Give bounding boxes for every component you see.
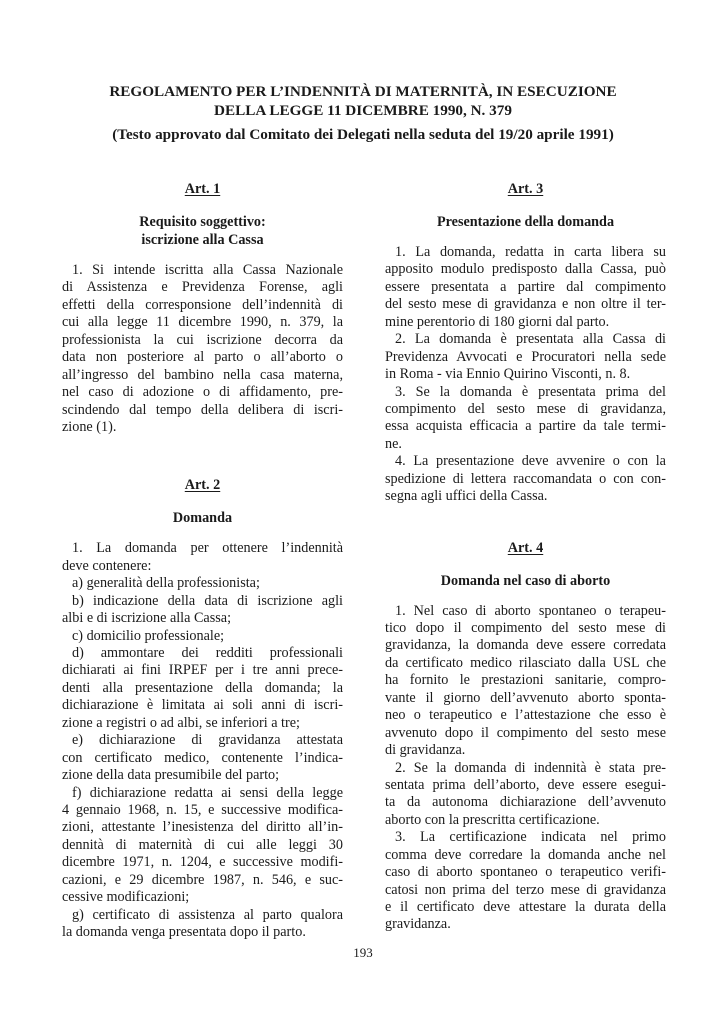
article-4: Art. 4 Domanda nel caso di aborto 1. Nel… bbox=[385, 539, 666, 934]
paragraph: a) generalità della professionista; bbox=[62, 575, 343, 592]
left-column: Art. 1 Requisito soggettivo: iscrizione … bbox=[62, 180, 343, 941]
article-2-number: Art. 2 bbox=[185, 477, 220, 493]
article-1-number: Art. 1 bbox=[185, 181, 220, 197]
text-line: dichiarati ai fini IRPEF per i tre anni … bbox=[62, 662, 343, 679]
text-line: 3. Se la domanda è presentata prima del bbox=[385, 384, 666, 401]
text-line: caso di aborto spontaneo o terapeutico v… bbox=[385, 864, 666, 881]
document-subtitle: (Testo approvato dal Comitato dei Delega… bbox=[60, 125, 666, 144]
paragraph: 2. Se la domanda di indennità è stata pr… bbox=[385, 760, 666, 830]
text-line: denti alla presentazione della domanda; … bbox=[62, 680, 343, 697]
text-line: cessive modificazioni; bbox=[62, 889, 343, 906]
article-3-title-line: Presentazione della domanda bbox=[385, 213, 666, 231]
text-line: 2. La domanda è presentata alla Cassa di bbox=[385, 331, 666, 348]
text-line: 1. Nel caso di aborto spontaneo o terape… bbox=[385, 603, 666, 620]
article-4-number: Art. 4 bbox=[508, 540, 543, 556]
article-3-body: 1. La domanda, redatta in carta libera s… bbox=[385, 244, 666, 506]
text-line: la domanda venga presentata dopo il part… bbox=[62, 924, 343, 941]
right-column: Art. 3 Presentazione della domanda 1. La… bbox=[385, 180, 666, 934]
text-line: 2. Se la domanda di indennità è stata pr… bbox=[385, 760, 666, 777]
text-line: f) dichiarazione redatta ai sensi della … bbox=[62, 785, 343, 802]
paragraph: 1. Nel caso di aborto spontaneo o terape… bbox=[385, 603, 666, 760]
article-1-title-line: iscrizione alla Cassa bbox=[62, 231, 343, 249]
paragraph: 2. La domanda è presentata alla Cassa di… bbox=[385, 331, 666, 383]
article-2: Art. 2 Domanda 1. La domanda per ottener… bbox=[62, 476, 343, 941]
paragraph: g) certificato di assistenza al parto qu… bbox=[62, 907, 343, 942]
text-line: 1. La domanda per ottenere l’indennità bbox=[62, 540, 343, 557]
paragraph: e) dichiarazione di gravidanza attestata… bbox=[62, 732, 343, 784]
text-line: professionista la cui iscrizione decorra… bbox=[62, 332, 343, 349]
paragraph: 1. La domanda, redatta in carta libera s… bbox=[385, 244, 666, 331]
text-line: all’ingresso del bambino nella casa mate… bbox=[62, 367, 343, 384]
article-1-body: 1. Si intende iscritta alla Cassa Nazion… bbox=[62, 262, 343, 436]
document-title-line-2: DELLA LEGGE 11 DICEMBRE 1990, N. 379 bbox=[60, 101, 666, 120]
text-line: tico dopo il compimento del sesto mese d… bbox=[385, 620, 666, 637]
text-line: sentata prima dell’aborto, deve essere e… bbox=[385, 777, 666, 794]
document-title-line-1: REGOLAMENTO PER L’INDENNITÀ DI MATERNITÀ… bbox=[60, 82, 666, 101]
text-line: neo o terapeutico e l’attestazione che e… bbox=[385, 707, 666, 724]
article-1-title: Requisito soggettivo: iscrizione alla Ca… bbox=[62, 213, 343, 249]
text-line: a) generalità della professionista; bbox=[62, 575, 343, 592]
text-line: cui alla legge 11 dicembre 1990, n. 379,… bbox=[62, 314, 343, 331]
text-line: albi e di iscrizione alla Cassa; bbox=[62, 610, 343, 627]
text-line: di Assistenza e Previdenza Forense, agli bbox=[62, 279, 343, 296]
text-line: in Roma - via Ennio Quirino Visconti, n.… bbox=[385, 366, 666, 383]
paragraph: 1. La domanda per ottenere l’indennitàde… bbox=[62, 540, 343, 575]
text-line: 3. La certificazione indicata nel primo bbox=[385, 829, 666, 846]
text-line: avvenuto dopo il compimento del sesto me… bbox=[385, 725, 666, 742]
text-line: apposito modulo predisposto dalla Cassa,… bbox=[385, 261, 666, 278]
article-3: Art. 3 Presentazione della domanda 1. La… bbox=[385, 180, 666, 506]
text-line: gravidanza. bbox=[385, 916, 666, 933]
text-line: catosi non prima del terzo mese di gravi… bbox=[385, 882, 666, 899]
article-3-title: Presentazione della domanda bbox=[385, 213, 666, 231]
paragraph: d) ammontare dei redditi professionalidi… bbox=[62, 645, 343, 732]
text-line: mine perentorio di 180 giorni dal parto. bbox=[385, 314, 666, 331]
text-line: zioni, attestante l’inesistenza del diri… bbox=[62, 819, 343, 836]
text-line: spedizione di lettera raccomandata o con… bbox=[385, 471, 666, 488]
document-header: REGOLAMENTO PER L’INDENNITÀ DI MATERNITÀ… bbox=[60, 82, 666, 144]
text-line: ta da autonoma dichiarazione dell’avvenu… bbox=[385, 794, 666, 811]
paragraph: 3. Se la domanda è presentata prima delc… bbox=[385, 384, 666, 454]
text-line: compimento del sesto mese di gravidanza, bbox=[385, 401, 666, 418]
text-line: scindendo dal tempo della delibera di is… bbox=[62, 402, 343, 419]
paragraph: f) dichiarazione redatta ai sensi della … bbox=[62, 785, 343, 907]
text-line: da certificato medico rilasciato dalla U… bbox=[385, 655, 666, 672]
text-line: essa acquista efficacia a partire da tal… bbox=[385, 418, 666, 435]
text-line: g) certificato di assistenza al parto qu… bbox=[62, 907, 343, 924]
text-line: zione della data presumibile del parto; bbox=[62, 767, 343, 784]
text-line: dicembre 1971, n. 1204, e successive mod… bbox=[62, 854, 343, 871]
text-line: del sesto mese di gravidanza e non oltre… bbox=[385, 296, 666, 313]
page-number: 193 bbox=[0, 945, 726, 961]
text-line: Previdenza Avvocati e Procuratori nella … bbox=[385, 349, 666, 366]
article-3-number: Art. 3 bbox=[508, 181, 543, 197]
article-2-title-line: Domanda bbox=[62, 509, 343, 527]
text-line: ne. bbox=[385, 436, 666, 453]
article-4-title: Domanda nel caso di aborto bbox=[385, 572, 666, 590]
text-line: d) ammontare dei redditi professionali bbox=[62, 645, 343, 662]
text-line: 1. La domanda, redatta in carta libera s… bbox=[385, 244, 666, 261]
text-line: zione a registri o ad albi, se inferiori… bbox=[62, 715, 343, 732]
text-line: 1. Si intende iscritta alla Cassa Nazion… bbox=[62, 262, 343, 279]
article-2-body: 1. La domanda per ottenere l’indennitàde… bbox=[62, 540, 343, 941]
article-1: Art. 1 Requisito soggettivo: iscrizione … bbox=[62, 180, 343, 436]
article-1-title-line: Requisito soggettivo: bbox=[62, 213, 343, 231]
text-line: gravidanza, la domanda deve essere corre… bbox=[385, 637, 666, 654]
text-line: e il certificato deve attestare la durat… bbox=[385, 899, 666, 916]
text-line: vante il giorno dell’avvenuto aborto spo… bbox=[385, 690, 666, 707]
text-line: dichiarazione è limitata ai soli anni di… bbox=[62, 697, 343, 714]
text-line: 4. La presentazione deve avvenire o con … bbox=[385, 453, 666, 470]
text-line: nel caso di adozione o di affidamento, p… bbox=[62, 384, 343, 401]
paragraph: 1. Si intende iscritta alla Cassa Nazion… bbox=[62, 262, 343, 436]
text-line: c) domicilio professionale; bbox=[62, 628, 343, 645]
text-line: con certificato medico, contenente l’ind… bbox=[62, 750, 343, 767]
text-line: comma deve corredare la domanda anche ne… bbox=[385, 847, 666, 864]
paragraph: c) domicilio professionale; bbox=[62, 628, 343, 645]
text-line: aborto con la prescritta certificazione. bbox=[385, 812, 666, 829]
text-line: dennità di maternità di cui alle leggi 3… bbox=[62, 837, 343, 854]
article-4-title-line: Domanda nel caso di aborto bbox=[385, 572, 666, 590]
text-line: essere presentata a partire dal compimen… bbox=[385, 279, 666, 296]
text-line: di gravidanza. bbox=[385, 742, 666, 759]
text-line: cazioni, e 29 dicembre 1987, n. 546, e s… bbox=[62, 872, 343, 889]
text-line: data non posteriore al parto o all’abort… bbox=[62, 349, 343, 366]
article-2-title: Domanda bbox=[62, 509, 343, 527]
article-4-body: 1. Nel caso di aborto spontaneo o terape… bbox=[385, 603, 666, 934]
document-page: REGOLAMENTO PER L’INDENNITÀ DI MATERNITÀ… bbox=[0, 0, 726, 1024]
paragraph: b) indicazione della data di iscrizione … bbox=[62, 593, 343, 628]
text-line: deve contenere: bbox=[62, 558, 343, 575]
text-line: b) indicazione della data di iscrizione … bbox=[62, 593, 343, 610]
text-line: e) dichiarazione di gravidanza attestata bbox=[62, 732, 343, 749]
paragraph: 4. La presentazione deve avvenire o con … bbox=[385, 453, 666, 505]
text-line: ha fornito le prestazioni sanitarie, com… bbox=[385, 672, 666, 689]
paragraph: 3. La certificazione indicata nel primoc… bbox=[385, 829, 666, 934]
text-line: 4 gennaio 1968, n. 15, e successive modi… bbox=[62, 802, 343, 819]
text-line: effetti della corresponsione dell’indenn… bbox=[62, 297, 343, 314]
text-line: segna agli uffici della Cassa. bbox=[385, 488, 666, 505]
text-line: zione (1). bbox=[62, 419, 343, 436]
